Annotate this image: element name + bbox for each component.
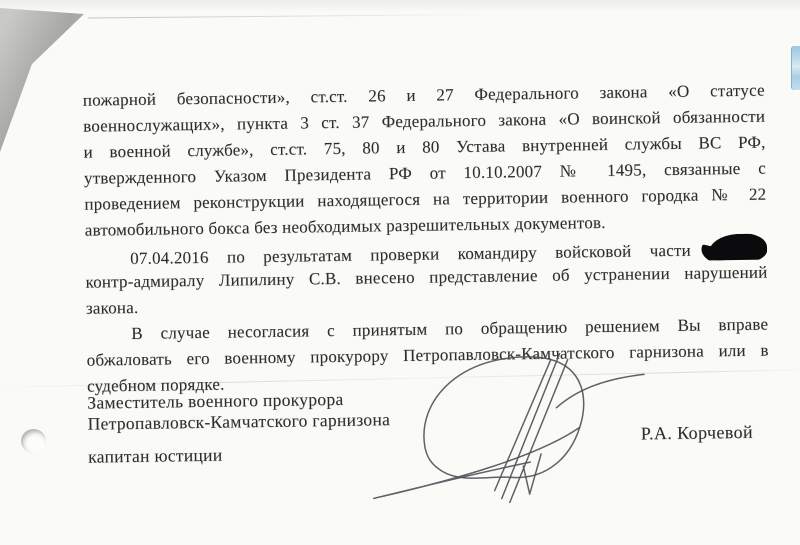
signer-name: Р.А. Корчевой <box>641 422 753 445</box>
handwritten-signature <box>341 336 663 511</box>
page-content: пожарной безопасности», ст.ст. 26 и 27 Ф… <box>0 0 800 545</box>
scanned-page: пожарной безопасности», ст.ст. 26 и 27 Ф… <box>0 0 800 545</box>
